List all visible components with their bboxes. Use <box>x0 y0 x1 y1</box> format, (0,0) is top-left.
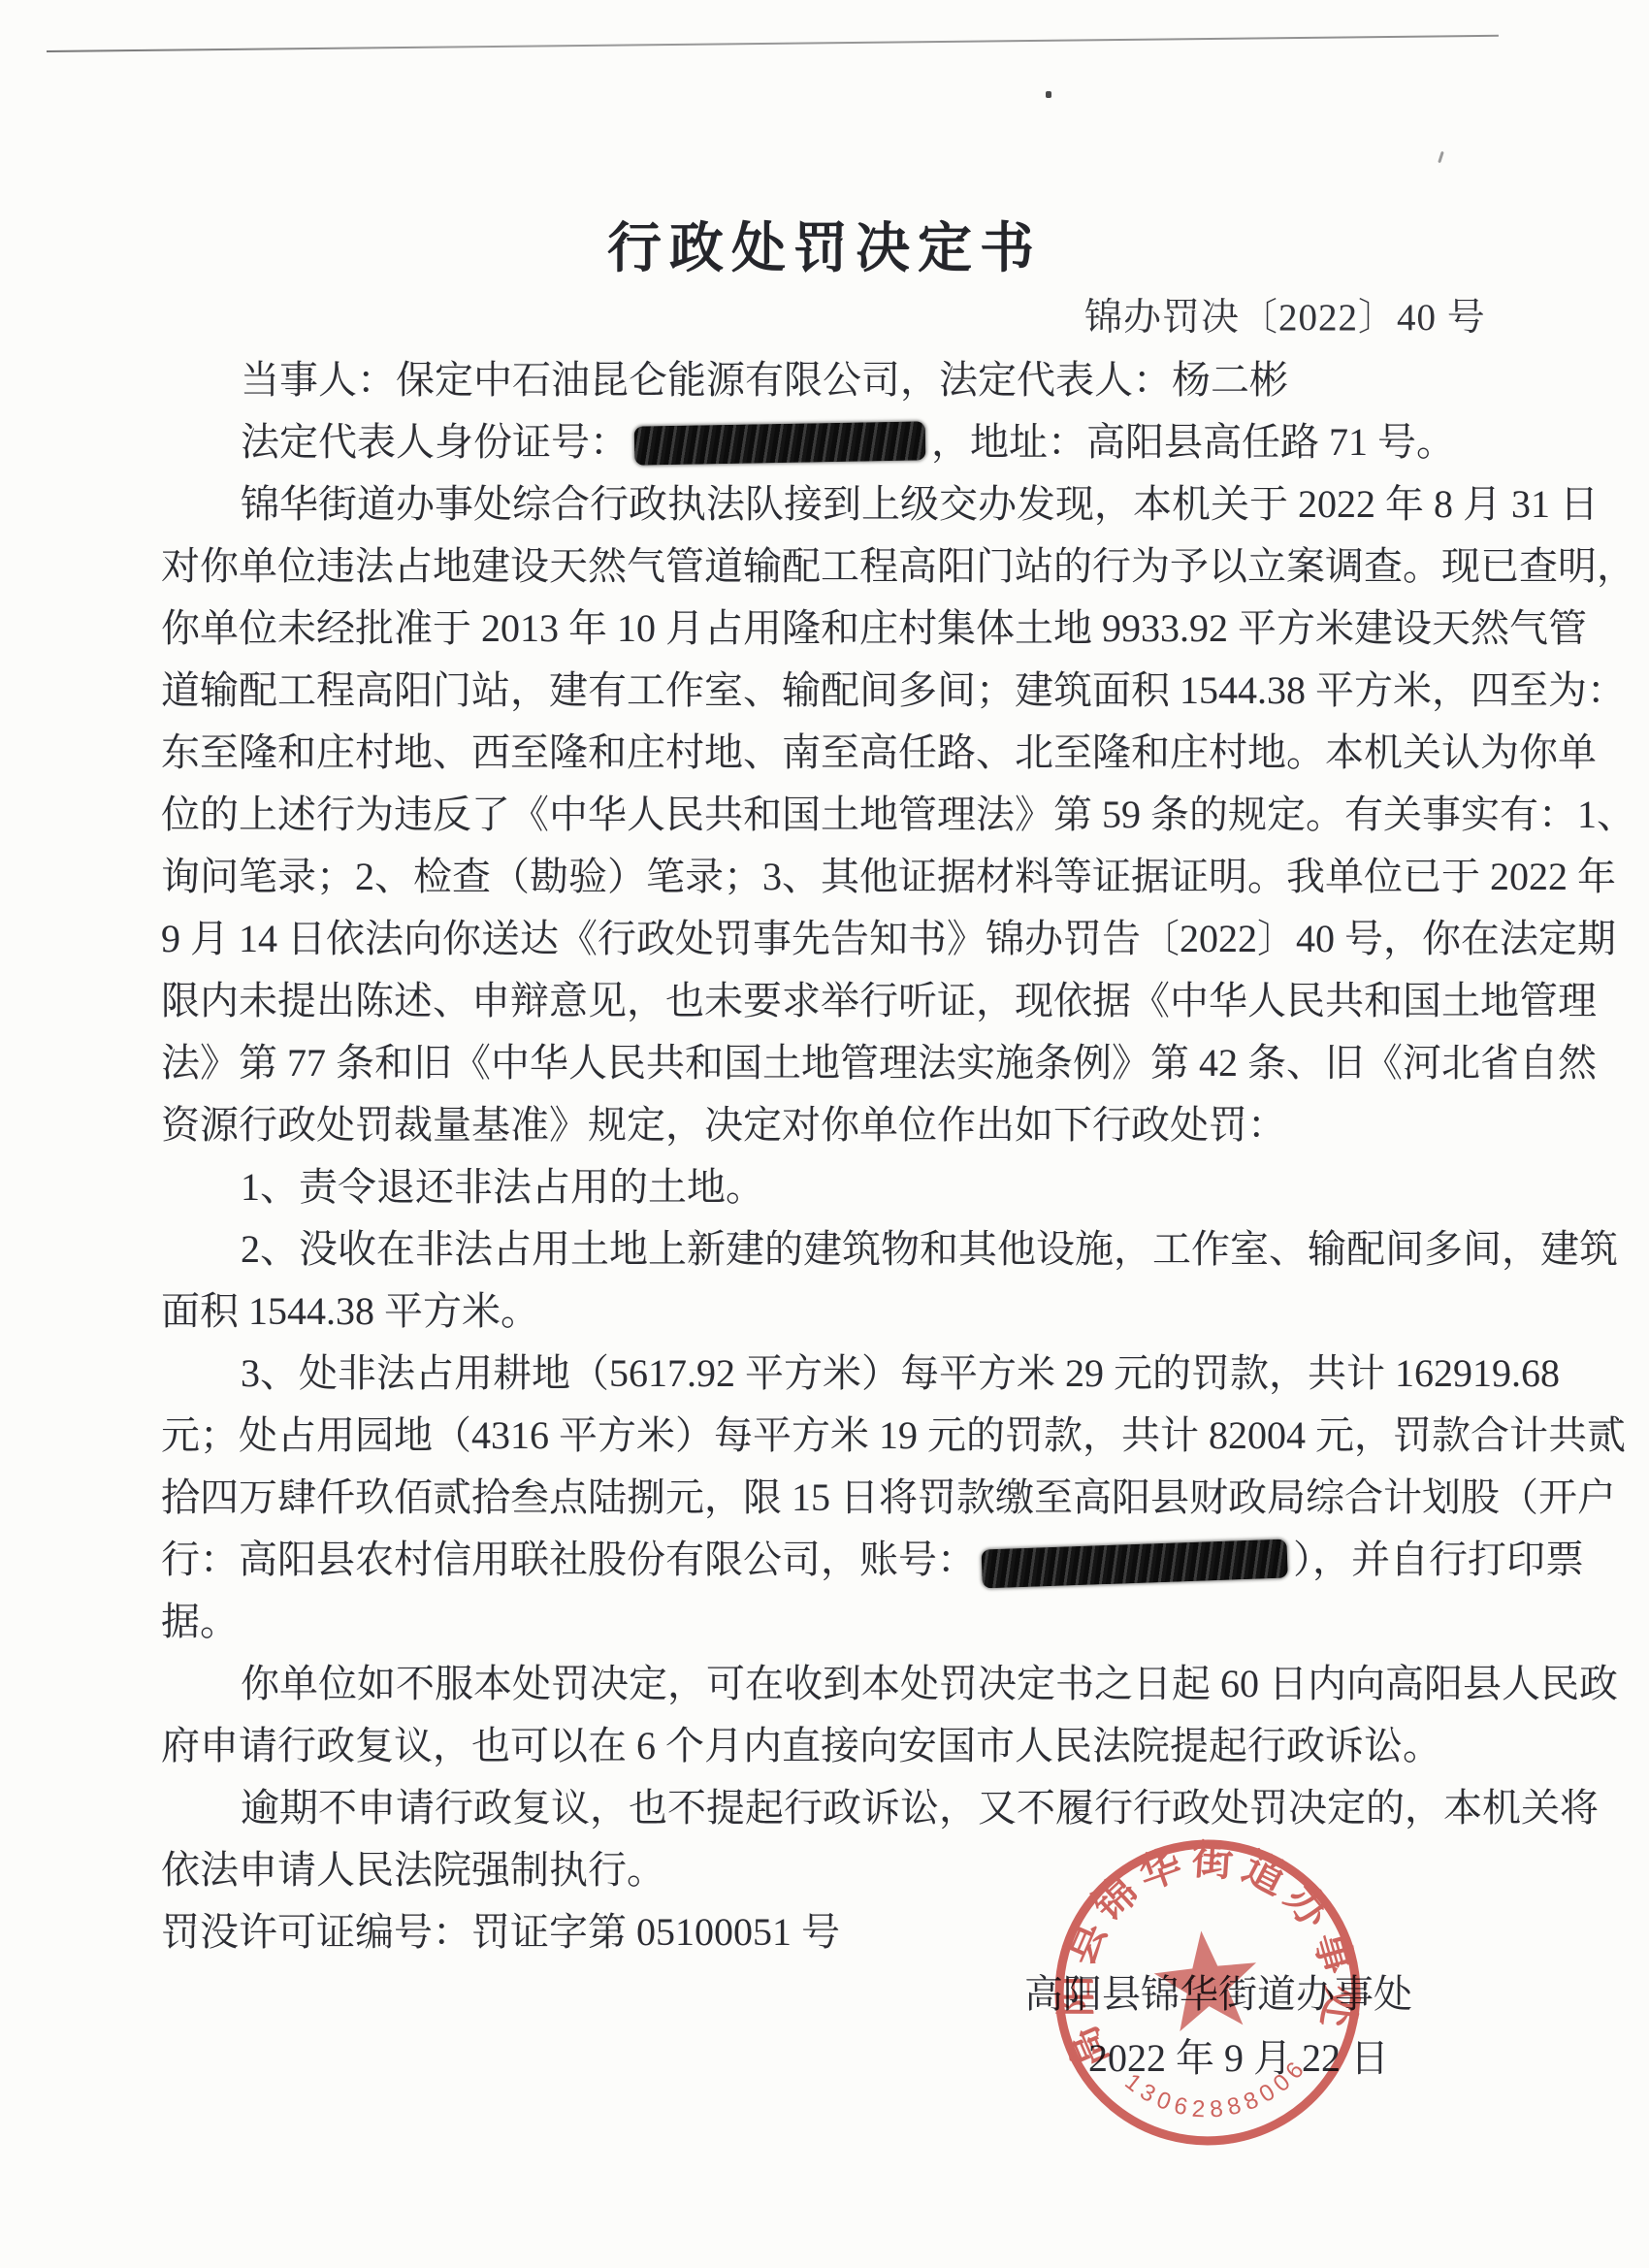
line-text: 据。 <box>161 1600 239 1643</box>
line-text: 资源行政处罚裁量基准》规定，决定对你单位作出如下行政处罚： <box>161 1103 1286 1147</box>
document-line: 对你单位违法占地建设天然气管道输配工程高阳门站的行为予以立案调查。现已查明， <box>161 535 1472 598</box>
document-line: 府申请行政复议，也可以在 6 个月内直接向安国市人民法院提起行政诉讼。 <box>161 1715 1472 1777</box>
line-text: 锦华街道办事处综合行政执法队接到上级交办发现，本机关于 2022 年 8 月 3… <box>241 482 1599 526</box>
document-line: 限内未提出陈述、申辩意见，也未要求举行听证，现依据《中华人民共和国土地管理 <box>161 970 1472 1032</box>
document-line: 锦华街道办事处综合行政执法队接到上级交办发现，本机关于 2022 年 8 月 3… <box>161 473 1472 535</box>
line-text: 拾四万肆仟玖佰贰拾叁点陆捌元，限 15 日将罚款缴至高阳县财政局综合计划股（开户 <box>161 1475 1616 1519</box>
document-body: 当事人：保定中石油昆仑能源有限公司，法定代表人：杨二彬法定代表人身份证号：，地址… <box>161 349 1472 1963</box>
scanner-artifact-line <box>47 35 1499 52</box>
document-line: 1、责令退还非法占用的土地。 <box>161 1156 1472 1218</box>
account-number-redaction <box>982 1539 1288 1588</box>
document-number: 锦办罚决〔2022〕40 号 <box>1084 287 1486 341</box>
document-line: 据。 <box>161 1591 1472 1653</box>
document-line: 行：高阳县农村信用联社股份有限公司，账号：），并自行打印票 <box>161 1529 1472 1591</box>
document-title: 行政处罚决定书 <box>0 206 1649 283</box>
id-number-redaction <box>634 421 926 465</box>
document-line: 9 月 14 日依法向你送达《行政处罚事先告知书》锦办罚告〔2022〕40 号，… <box>161 908 1472 970</box>
document-line: 2、没收在非法占用土地上新建的建筑物和其他设施，工作室、输配间多间，建筑 <box>161 1218 1472 1280</box>
line-text: 法定代表人身份证号： <box>241 420 629 464</box>
document-line: 当事人：保定中石油昆仑能源有限公司，法定代表人：杨二彬 <box>161 349 1472 411</box>
scanner-artifact-speck <box>1438 151 1444 163</box>
line-text: 对你单位违法占地建设天然气管道输配工程高阳门站的行为予以立案调查。现已查明， <box>161 544 1635 588</box>
line-text: 逾期不申请行政复议，也不提起行政诉讼，又不履行行政处罚决定的，本机关将 <box>241 1786 1599 1830</box>
line-text: 府申请行政复议，也可以在 6 个月内直接向安国市人民法院提起行政诉讼。 <box>161 1724 1441 1767</box>
document-line: 你单位未经批准于 2013 年 10 月占用隆和庄村集体土地 9933.92 平… <box>161 598 1472 660</box>
document-line: 面积 1544.38 平方米。 <box>161 1280 1472 1343</box>
document-line: 你单位如不服本处罚决定，可在收到本处罚决定书之日起 60 日内向高阳县人民政 <box>161 1653 1472 1715</box>
document-line: 3、处非法占用耕地（5617.92 平方米）每平方米 29 元的罚款，共计 16… <box>161 1343 1472 1405</box>
line-text: 你单位如不服本处罚决定，可在收到本处罚决定书之日起 60 日内向高阳县人民政 <box>241 1662 1618 1705</box>
line-text: 你单位未经批准于 2013 年 10 月占用隆和庄村集体土地 9933.92 平… <box>161 606 1587 650</box>
line-text: 法》第 77 条和旧《中华人民共和国土地管理法实施条例》第 42 条、旧《河北省… <box>161 1041 1597 1085</box>
line-text: 行：高阳县农村信用联社股份有限公司，账号： <box>161 1538 976 1581</box>
line-text: 面积 1544.38 平方米。 <box>161 1289 539 1333</box>
document-line: 东至隆和庄村地、西至隆和庄村地、南至高任路、北至隆和庄村地。本机关认为你单 <box>161 722 1472 784</box>
document-line: 拾四万肆仟玖佰贰拾叁点陆捌元，限 15 日将罚款缴至高阳县财政局综合计划股（开户 <box>161 1467 1472 1529</box>
line-text: ，地址：高阳县高任路 71 号。 <box>931 420 1455 464</box>
line-text: 3、处非法占用耕地（5617.92 平方米）每平方米 29 元的罚款，共计 16… <box>241 1351 1560 1395</box>
line-text: 道输配工程高阳门站，建有工作室、输配间多间；建筑面积 1544.38 平方米，四… <box>161 668 1626 712</box>
document-line: 法》第 77 条和旧《中华人民共和国土地管理法实施条例》第 42 条、旧《河北省… <box>161 1032 1472 1094</box>
scanned-document-page: 行政处罚决定书 锦办罚决〔2022〕40 号 当事人：保定中石油昆仑能源有限公司… <box>0 0 1649 2268</box>
line-text: 询问笔录；2、检查（勘验）笔录；3、其他证据材料等证据证明。我单位已于 2022… <box>161 855 1616 898</box>
line-text: 依法申请人民法院强制执行。 <box>161 1848 665 1892</box>
official-seal: 高阳县锦华街道办事处 13062888006 <box>1035 1820 1380 2165</box>
line-text: ），并自行打印票 <box>1293 1538 1584 1581</box>
document-line: 位的上述行为违反了《中华人民共和国土地管理法》第 59 条的规定。有关事实有：1… <box>161 784 1472 846</box>
line-text: 当事人：保定中石油昆仑能源有限公司，法定代表人：杨二彬 <box>241 358 1288 402</box>
document-line: 资源行政处罚裁量基准》规定，决定对你单位作出如下行政处罚： <box>161 1094 1472 1156</box>
line-text: 东至隆和庄村地、西至隆和庄村地、南至高任路、北至隆和庄村地。本机关认为你单 <box>161 730 1597 774</box>
scanner-artifact-speck <box>1046 91 1051 98</box>
line-text: 2、没收在非法占用土地上新建的建筑物和其他设施，工作室、输配间多间，建筑 <box>241 1227 1618 1271</box>
line-text: 限内未提出陈述、申辩意见，也未要求举行听证，现依据《中华人民共和国土地管理 <box>161 979 1597 1022</box>
document-line: 询问笔录；2、检查（勘验）笔录；3、其他证据材料等证据证明。我单位已于 2022… <box>161 846 1472 908</box>
document-line: 元；处占用园地（4316 平方米）每平方米 19 元的罚款，共计 82004 元… <box>161 1405 1472 1467</box>
line-text: 元；处占用园地（4316 平方米）每平方米 19 元的罚款，共计 82004 元… <box>161 1413 1626 1457</box>
document-line: 道输配工程高阳门站，建有工作室、输配间多间；建筑面积 1544.38 平方米，四… <box>161 660 1472 722</box>
line-text: 位的上述行为违反了《中华人民共和国土地管理法》第 59 条的规定。有关事实有：1… <box>161 793 1635 836</box>
seal-star <box>1150 1926 1263 2033</box>
line-text: 1、责令退还非法占用的土地。 <box>241 1165 764 1209</box>
line-text: 9 月 14 日依法向你送达《行政处罚事先告知书》锦办罚告〔2022〕40 号，… <box>161 917 1616 960</box>
line-text: 罚没许可证编号：罚证字第 05100051 号 <box>161 1910 840 1954</box>
document-line: 法定代表人身份证号：，地址：高阳县高任路 71 号。 <box>161 411 1472 473</box>
